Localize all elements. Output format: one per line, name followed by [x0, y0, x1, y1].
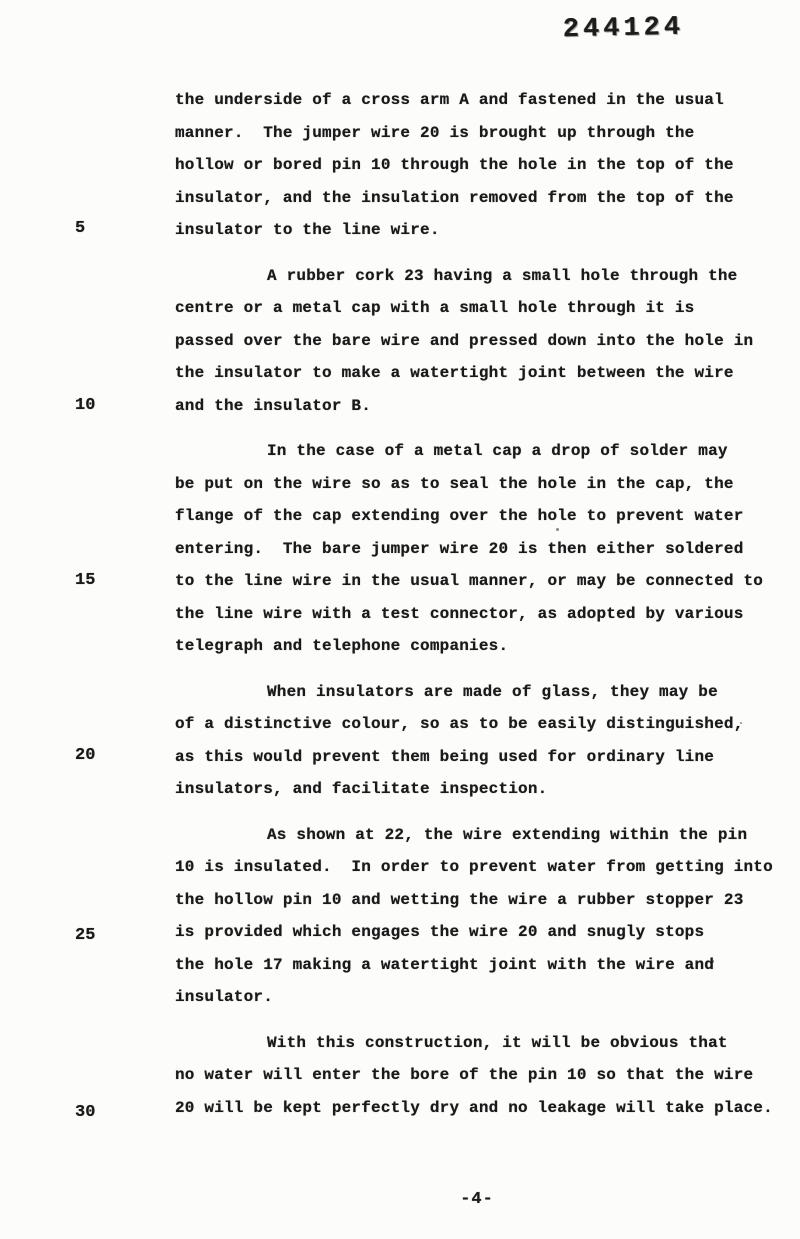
- text-line: as this would prevent them being used fo…: [175, 741, 779, 774]
- text-line: the line wire with a test connector, as …: [175, 598, 779, 631]
- text-line: insulator, and the insulation removed fr…: [175, 182, 779, 215]
- text-line: no water will enter the bore of the pin …: [175, 1059, 779, 1092]
- text-line: manner. The jumper wire 20 is brought up…: [175, 117, 779, 150]
- document-number-stamp: 244124: [563, 13, 685, 46]
- text-line: is provided which engages the wire 20 an…: [175, 916, 779, 949]
- text-line: 10 is insulated. In order to prevent wat…: [175, 851, 779, 884]
- text-line: As shown at 22, the wire extending withi…: [175, 819, 779, 852]
- text-line: When insulators are made of glass, they …: [175, 676, 779, 709]
- scan-speck: [556, 528, 559, 531]
- paragraph-1: the underside of a cross arm A and faste…: [175, 84, 779, 247]
- text-line: to the line wire in the usual manner, or…: [175, 565, 779, 598]
- paragraph-6: With this construction, it will be obvio…: [175, 1027, 779, 1125]
- text-line: the hollow pin 10 and wetting the wire a…: [175, 884, 779, 917]
- typewritten-text-body: the underside of a cross arm A and faste…: [175, 84, 779, 1124]
- text-line: centre or a metal cap with a small hole …: [175, 292, 779, 325]
- line-number-5: 5: [75, 219, 115, 238]
- text-line: A rubber cork 23 having a small hole thr…: [175, 260, 779, 293]
- text-line: telegraph and telephone companies.: [175, 630, 779, 663]
- text-line: 20 will be kept perfectly dry and no lea…: [175, 1092, 779, 1125]
- text-line: In the case of a metal cap a drop of sol…: [175, 435, 779, 468]
- text-line: passed over the bare wire and pressed do…: [175, 325, 779, 358]
- paragraph-4: When insulators are made of glass, they …: [175, 676, 779, 806]
- text-line: the underside of a cross arm A and faste…: [175, 84, 779, 117]
- text-line: entering. The bare jumper wire 20 is the…: [175, 533, 779, 566]
- text-line: flange of the cap extending over the hol…: [175, 500, 779, 533]
- line-number-15: 15: [75, 571, 115, 590]
- scan-speck: [740, 722, 742, 724]
- text-line: of a distinctive colour, so as to be eas…: [175, 708, 779, 741]
- paragraph-2: A rubber cork 23 having a small hole thr…: [175, 260, 779, 423]
- text-line: insulator.: [175, 981, 779, 1014]
- line-number-10: 10: [75, 396, 115, 415]
- page-number: -4-: [175, 1190, 779, 1209]
- text-line: insulator to the line wire.: [175, 214, 779, 247]
- paragraph-5: As shown at 22, the wire extending withi…: [175, 819, 779, 1014]
- line-number-30: 30: [75, 1103, 115, 1122]
- text-line: be put on the wire so as to seal the hol…: [175, 468, 779, 501]
- paragraph-3: In the case of a metal cap a drop of sol…: [175, 435, 779, 663]
- scan-speck: [712, 960, 714, 963]
- text-line: insulators, and facilitate inspection.: [175, 773, 779, 806]
- text-line: the hole 17 making a watertight joint wi…: [175, 949, 779, 982]
- text-line: hollow or bored pin 10 through the hole …: [175, 149, 779, 182]
- text-line: With this construction, it will be obvio…: [175, 1027, 779, 1060]
- text-line: the insulator to make a watertight joint…: [175, 357, 779, 390]
- line-number-25: 25: [75, 926, 115, 945]
- line-number-margin: 5 10 15 20 25 30: [0, 0, 130, 1239]
- text-line: and the insulator B.: [175, 390, 779, 423]
- line-number-20: 20: [75, 746, 115, 765]
